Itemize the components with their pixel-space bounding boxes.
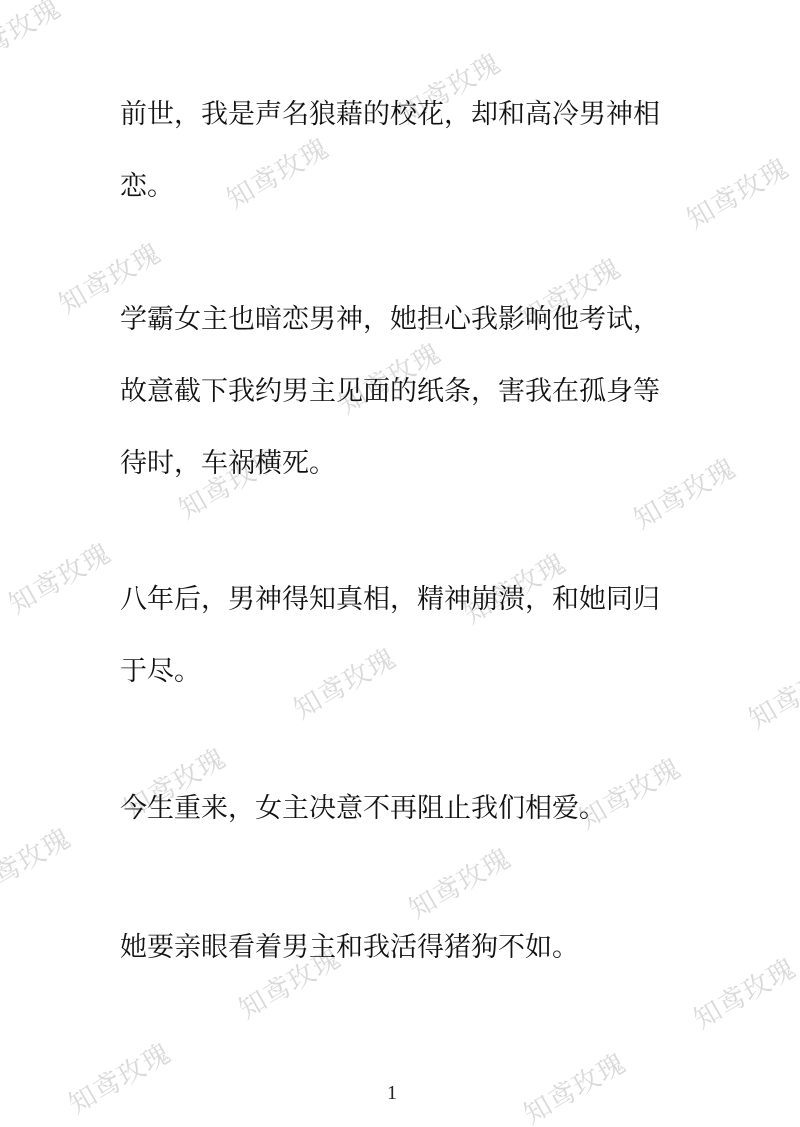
paragraph-line: 故意截下我约男主见面的纸条，害我在孤身等 [120, 375, 660, 409]
paragraph-line: 她要亲眼看着男主和我活得猪狗不如。 [120, 931, 579, 965]
paragraph-line: 八年后，男神得知真相，精神崩溃，和她同归 [120, 583, 660, 617]
paragraph-line: 前世，我是声名狼藉的校花，却和高冷男神相 [120, 98, 660, 132]
paragraph-line: 今生重来，女主决意不再阻止我们相爱。 [120, 792, 606, 826]
paragraph-line: 恋。 [120, 170, 174, 204]
paragraph-line: 待时，车祸横死。 [120, 447, 336, 481]
document-body: 前世，我是声名狼藉的校花，却和高冷男神相 恋。 学霸女主也暗恋男神，她担心我影响… [0, 0, 800, 1127]
paragraph-line: 学霸女主也暗恋男神，她担心我影响他考试， [120, 303, 660, 337]
document-page: 知鸢玫瑰知鸢玫瑰知鸢玫瑰知鸢玫瑰知鸢玫瑰知鸢玫瑰知鸢玫瑰知鸢玫瑰知鸢玫瑰知鸢玫瑰… [0, 0, 800, 1127]
paragraph-line: 于尽。 [120, 655, 201, 689]
